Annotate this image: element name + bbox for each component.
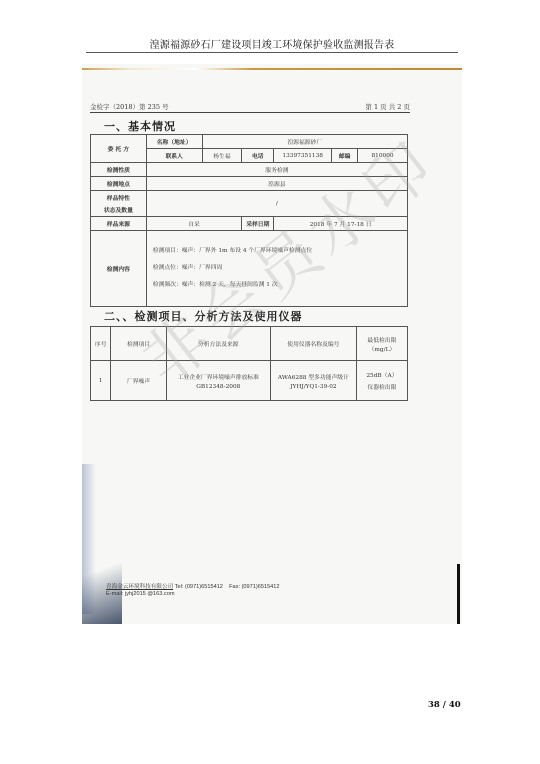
content-label: 检测内容 [91,231,147,307]
row-item: 厂界噪声 [111,361,166,401]
document-header-title: 湟源福源砂石厂建设项目竣工环境保护验收监测报告表 [86,36,458,53]
scan-edge-decoration [457,564,460,624]
content-line-points: 检测点位：噪声：厂界四周 [153,260,405,277]
sample-source-label: 样品来源 [91,217,147,231]
limit-note: 仪器检出限 [359,382,405,391]
nature-value: 服务检测 [146,163,407,177]
sample-state-label-line1: 样品特性 [93,193,144,202]
company-tel: Tel: (0971)6515412 [175,584,223,590]
location-label: 检测地点 [91,177,147,191]
content-line-items: 检测项目：噪声：厂界外 1m 布设 4 个厂界环境噪声检测点位 [153,243,405,260]
row-instrument: AWA6288 型多功能声级计 JYHJ/YQ1-39-02 [270,361,356,401]
page-of-count: 第 1 页 共 2 页 [365,102,410,111]
col-header-no: 序号 [91,327,111,361]
sampling-date-label: 采样日期 [242,217,274,231]
basic-info-table: 委 托 方 名称（地址） 湟源福源砂厂 联系人 杨生福 电话 133973511… [90,134,408,307]
col-header-instrument: 使用仪器名称及编号 [270,327,356,361]
nature-label: 检测性质 [91,163,147,177]
sample-state-label-line2: 状态及数量 [93,205,144,214]
section-methods-title: 二、、检测项目、分析方法及使用仪器 [104,308,303,324]
postcode-label: 邮编 [332,149,358,163]
method-name: 工业企业厂界环境噪声排放标准 [169,372,268,381]
contact-value: 杨生福 [202,149,242,163]
sampling-date-value: 2018 年 7 月 17-18 日 [274,217,408,231]
instrument-id: JYHJ/YQ1-39-02 [273,384,354,390]
phone-label: 电话 [242,149,274,163]
contact-label: 联系人 [146,149,202,163]
report-number: 金检字（2018）第 235 号 [90,102,169,111]
methods-table: 序号 检测项目 分析方法及来源 使用仪器名称及编号 最低检出限（mg/L） 1 … [90,326,408,401]
sample-source-value: 自采 [146,217,242,231]
col-header-item: 检测项目 [111,327,166,361]
client-name-value: 湟源福源砂厂 [202,135,407,149]
postcode-value: 810000 [358,149,408,163]
company-name: 青海金云环境科技有限公司 [106,584,173,590]
row-no: 1 [91,361,111,401]
method-standard: GB12348-2008 [169,384,268,390]
company-fax: Fax: (0971)6515412 [229,584,279,590]
sample-state-label: 样品特性 状态及数量 [91,191,147,217]
name-label: 名称（地址） [146,135,202,149]
col-header-limit: 最低检出限（mg/L） [356,327,407,361]
row-limit: 25dB（A） 仪器检出限 [356,361,407,401]
scan-shadow-decoration [82,534,122,624]
instrument-name: AWA6288 型多功能声级计 [273,372,354,381]
footer-company-contact: 青海金云环境科技有限公司 Tel: (0971)6515412 Fax: (09… [106,582,280,590]
col-header-method: 分析方法及来源 [166,327,270,361]
location-value: 湟源县 [146,177,407,191]
content-value: 检测项目：噪声：厂界外 1m 布设 4 个厂界环境噪声检测点位 检测点位：噪声：… [146,231,407,307]
sample-state-value: / [146,191,407,217]
company-email: E-mail: jyhj2015 @163.com [106,591,174,597]
phone-value: 13397351138 [274,149,332,163]
limit-value: 25dB（A） [359,370,405,379]
divider [90,112,410,113]
table-row: 1 厂界噪声 工业企业厂界环境噪声排放标准 GB12348-2008 AWA62… [91,361,408,401]
page-number: 38 / 40 [428,700,461,710]
section-basic-info-title: 一、基本情况 [104,118,176,134]
content-line-frequency: 检测频次：噪声：检测 2 天，每天昼间监测 1 次 [153,277,405,294]
client-label: 委 托 方 [91,135,147,163]
row-method: 工业企业厂界环境噪声排放标准 GB12348-2008 [166,361,270,401]
scan-edge-decoration [82,68,462,70]
scanned-page: 金检字（2018）第 235 号 第 1 页 共 2 页 一、基本情况 委 托 … [82,64,462,624]
